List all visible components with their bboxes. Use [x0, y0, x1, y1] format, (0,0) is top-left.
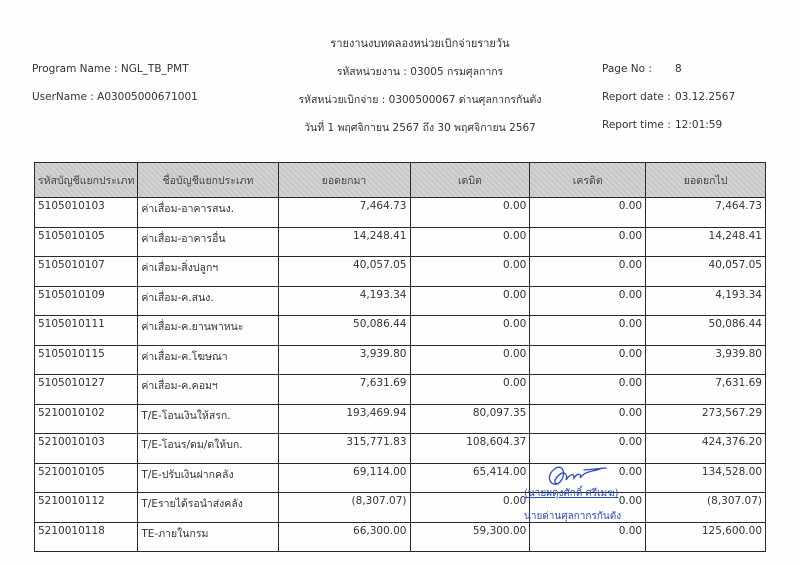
cell-credit: 0.00 [530, 198, 646, 228]
cell-debit: 0.00 [410, 345, 530, 375]
cell-carried-forward: 4,193.34 [646, 286, 766, 316]
cell-debit: 0.00 [410, 493, 530, 523]
cell-account-code: 5105010127 [35, 375, 138, 405]
cell-carried-forward: 50,086.44 [646, 316, 766, 346]
cell-account-name: T/E-โอนเงินให้สรก. [138, 404, 278, 434]
table-row: 5105010111ค่าเสื่อม-ค.ยานพาหนะ50,086.440… [35, 316, 766, 346]
cell-account-name: ค่าเสื่อม-อาคารสนง. [138, 198, 278, 228]
cell-account-name: ค่าเสื่อม-ค.สนง. [138, 286, 278, 316]
cell-account-code: 5105010111 [35, 316, 138, 346]
cell-account-code: 5105010103 [35, 198, 138, 228]
cell-brought-forward: 50,086.44 [278, 316, 410, 346]
cell-account-code: 5105010115 [35, 345, 138, 375]
disbursing-unit-label: รหัสหน่วยเบิกจ่าย : [298, 94, 385, 106]
cell-account-name: ค่าเสื่อม-อาคารอื่น [138, 227, 278, 257]
disbursing-unit-value: 0300500067 ด่านศุลกากรกันตัง [389, 94, 542, 106]
cell-credit: 0.00 [530, 493, 646, 523]
cell-brought-forward: 193,469.94 [278, 404, 410, 434]
cell-brought-forward: 3,939.80 [278, 345, 410, 375]
cell-debit: 0.00 [410, 198, 530, 228]
header-account-code: รหัสบัญชีแยกประเภท [35, 163, 138, 198]
cell-debit: 108,604.37 [410, 434, 530, 464]
table-row: 5105010115ค่าเสื่อม-ค.โฆษณา3,939.800.000… [35, 345, 766, 375]
cell-account-code: 5105010109 [35, 286, 138, 316]
cell-account-name: ค่าเสื่อม-ค.ยานพาหนะ [138, 316, 278, 346]
report-time-value: 12:01:59 [675, 119, 722, 131]
report-date-value: 03.12.2567 [675, 91, 735, 103]
cell-account-name: T/Eรายได้รอนำส่งคลัง [138, 493, 278, 523]
cell-account-name: TE-ภายในกรม [138, 522, 278, 552]
cell-credit: 0.00 [530, 316, 646, 346]
cell-brought-forward: 4,193.34 [278, 286, 410, 316]
table-body: 5105010103ค่าเสื่อม-อาคารสนง.7,464.730.0… [35, 198, 766, 552]
cell-carried-forward: 40,057.05 [646, 257, 766, 287]
cell-carried-forward: 273,567.29 [646, 404, 766, 434]
table-row: 5210010112T/Eรายได้รอนำส่งคลัง(8,307.07)… [35, 493, 766, 523]
header-account-name: ชื่อบัญชีแยกประเภท [138, 163, 278, 198]
cell-debit: 0.00 [410, 375, 530, 405]
report-title: รายงานงบทดลองหน่วยเบิกจ่ายรายวัน [0, 34, 800, 52]
cell-debit: 0.00 [410, 286, 530, 316]
cell-account-code: 5210010102 [35, 404, 138, 434]
cell-account-code: 5105010105 [35, 227, 138, 257]
cell-brought-forward: 7,464.73 [278, 198, 410, 228]
cell-account-code: 5210010103 [35, 434, 138, 464]
cell-credit: 0.00 [530, 522, 646, 552]
cell-debit: 59,300.00 [410, 522, 530, 552]
page-no-label: Page No : [602, 63, 652, 75]
cell-credit: 0.00 [530, 257, 646, 287]
header-credit: เครดิต [530, 163, 646, 198]
cell-debit: 80,097.35 [410, 404, 530, 434]
cell-credit: 0.00 [530, 286, 646, 316]
cell-account-code: 5210010118 [35, 522, 138, 552]
cell-brought-forward: 315,771.83 [278, 434, 410, 464]
table-row: 5210010105T/E-ปรับเงินฝากคลัง69,114.0065… [35, 463, 766, 493]
cell-credit: 0.00 [530, 375, 646, 405]
agency-label: รหัสหน่วยงาน : [337, 66, 407, 78]
cell-carried-forward: 7,464.73 [646, 198, 766, 228]
cell-account-name: ค่าเสื่อม-สิ่งปลูกฯ [138, 257, 278, 287]
cell-carried-forward: 424,376.20 [646, 434, 766, 464]
table-row: 5105010107ค่าเสื่อม-สิ่งปลูกฯ40,057.050.… [35, 257, 766, 287]
cell-account-name: T/E-ปรับเงินฝากคลัง [138, 463, 278, 493]
table-row: 5105010105ค่าเสื่อม-อาคารอื่น14,248.410.… [35, 227, 766, 257]
cell-carried-forward: 14,248.41 [646, 227, 766, 257]
table-row: 5105010109ค่าเสื่อม-ค.สนง.4,193.340.000.… [35, 286, 766, 316]
cell-carried-forward: 125,600.00 [646, 522, 766, 552]
cell-account-name: T/E-โอนร/ดม/ดให้บก. [138, 434, 278, 464]
table-row: 5210010102T/E-โอนเงินให้สรก.193,469.9480… [35, 404, 766, 434]
cell-carried-forward: (8,307.07) [646, 493, 766, 523]
trial-balance-table: รหัสบัญชีแยกประเภท ชื่อบัญชีแยกประเภท ยอ… [34, 162, 766, 552]
table-row: 5105010127ค่าเสื่อม-ค.คอมฯ7,631.690.000.… [35, 375, 766, 405]
cell-carried-forward: 3,939.80 [646, 345, 766, 375]
cell-debit: 0.00 [410, 257, 530, 287]
header-carried-forward: ยอดยกไป [646, 163, 766, 198]
cell-brought-forward: 7,631.69 [278, 375, 410, 405]
cell-brought-forward: 69,114.00 [278, 463, 410, 493]
cell-debit: 0.00 [410, 316, 530, 346]
cell-account-name: ค่าเสื่อม-ค.คอมฯ [138, 375, 278, 405]
page-no-value: 8 [675, 63, 682, 75]
report-date-label: Report date : [602, 91, 671, 103]
table-header-row: รหัสบัญชีแยกประเภท ชื่อบัญชีแยกประเภท ยอ… [35, 163, 766, 198]
table-row: 5105010103ค่าเสื่อม-อาคารสนง.7,464.730.0… [35, 198, 766, 228]
cell-account-code: 5210010105 [35, 463, 138, 493]
table-row: 5210010118TE-ภายในกรม66,300.0059,300.000… [35, 522, 766, 552]
header-debit: เดบิต [410, 163, 530, 198]
cell-debit: 65,414.00 [410, 463, 530, 493]
cell-credit: 0.00 [530, 345, 646, 375]
agency-value: 03005 กรมศุลกากร [410, 66, 503, 78]
cell-credit: 0.00 [530, 463, 646, 493]
cell-carried-forward: 134,528.00 [646, 463, 766, 493]
cell-credit: 0.00 [530, 434, 646, 464]
report-time-label: Report time : [602, 119, 671, 131]
cell-brought-forward: 66,300.00 [278, 522, 410, 552]
cell-credit: 0.00 [530, 404, 646, 434]
cell-account-code: 5105010107 [35, 257, 138, 287]
cell-carried-forward: 7,631.69 [646, 375, 766, 405]
cell-debit: 0.00 [410, 227, 530, 257]
header-brought-forward: ยอดยกมา [278, 163, 410, 198]
cell-account-name: ค่าเสื่อม-ค.โฆษณา [138, 345, 278, 375]
table-row: 5210010103T/E-โอนร/ดม/ดให้บก.315,771.831… [35, 434, 766, 464]
cell-credit: 0.00 [530, 227, 646, 257]
cell-account-code: 5210010112 [35, 493, 138, 523]
report-page: รายงานงบทดลองหน่วยเบิกจ่ายรายวัน Program… [0, 0, 800, 565]
cell-brought-forward: 40,057.05 [278, 257, 410, 287]
cell-brought-forward: (8,307.07) [278, 493, 410, 523]
cell-brought-forward: 14,248.41 [278, 227, 410, 257]
